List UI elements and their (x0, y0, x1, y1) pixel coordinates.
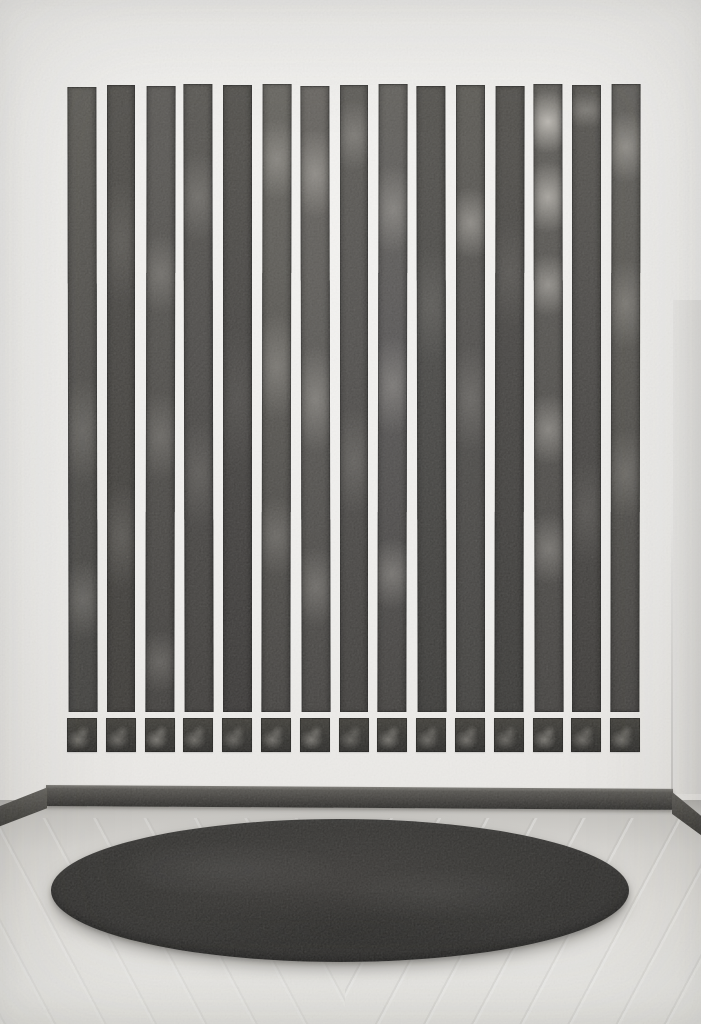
steel-strip (184, 84, 214, 712)
steel-plate (533, 718, 563, 752)
steel-plate (145, 718, 175, 752)
steel-plate (416, 718, 446, 752)
steel-strip (378, 84, 408, 712)
steel-plate (261, 718, 291, 752)
baseboard (46, 785, 673, 810)
steel-plate (494, 718, 524, 752)
steel-plate (67, 718, 97, 752)
steel-strip (67, 87, 97, 712)
steel-plate (339, 718, 369, 752)
steel-strip (145, 86, 175, 712)
steel-strip (417, 86, 447, 712)
steel-strip (300, 86, 330, 712)
steel-strip (611, 84, 641, 712)
gallery-photo (0, 0, 701, 1024)
steel-plate (300, 718, 330, 752)
steel-strip (533, 84, 563, 712)
strip-row (68, 84, 640, 712)
steel-strip (572, 85, 601, 712)
wall-corner-right (671, 520, 673, 794)
steel-plate (106, 718, 136, 752)
steel-plate (377, 718, 407, 752)
plate-row (67, 718, 645, 752)
steel-strip (340, 85, 369, 712)
steel-strip (261, 84, 291, 712)
steel-plate (183, 718, 213, 752)
steel-strip (223, 85, 252, 712)
steel-plate (222, 718, 252, 752)
steel-strip (494, 86, 524, 712)
steel-plate (610, 718, 640, 752)
felt-disc (51, 819, 629, 962)
steel-strip (456, 85, 485, 712)
steel-plate (455, 718, 485, 752)
steel-strip (107, 85, 136, 712)
right-wall-shade (673, 300, 701, 794)
steel-plate (571, 718, 601, 752)
